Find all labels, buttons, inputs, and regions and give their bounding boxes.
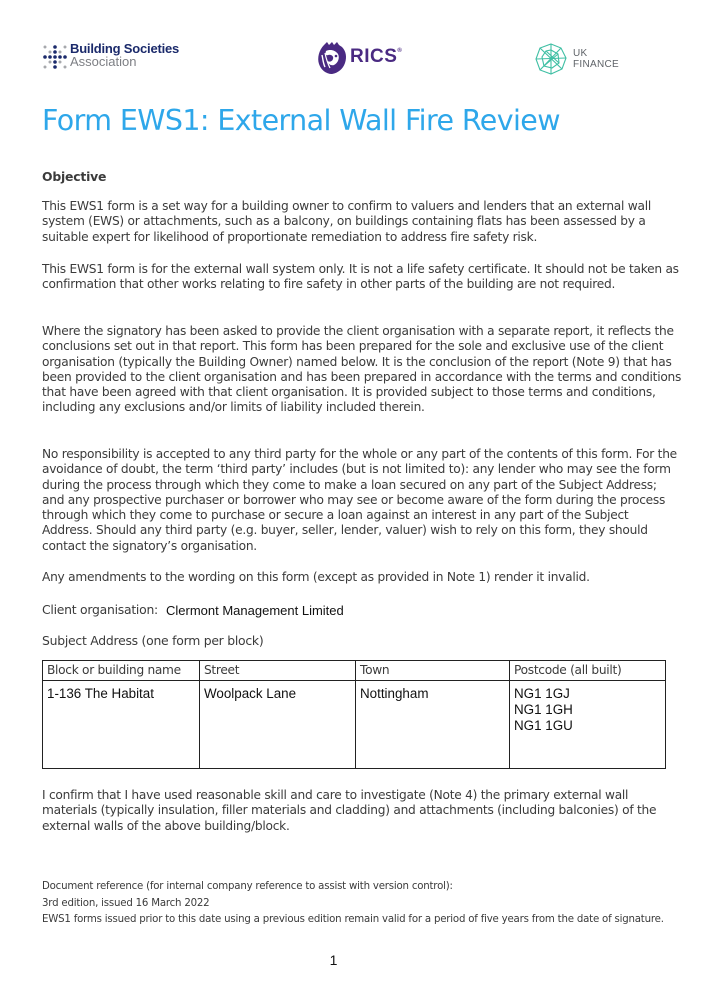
registered-mark: ® [397,48,402,54]
uk-finance-logo: UK FINANCE [534,42,634,76]
objective-heading: Objective [42,169,106,184]
objective-paragraph-5: Any amendments to the wording on this fo… [42,570,682,585]
street-cell[interactable]: Woolpack Lane [200,681,356,769]
rics-wordmark: RICS [350,46,397,67]
document-reference-footer: Document reference (for internal company… [42,879,682,929]
footer-validity-note: EWS1 forms issued prior to this date usi… [42,912,682,929]
footer-edition: 3rd edition, issued 16 March 2022 [42,896,682,913]
page-title: Form EWS1: External Wall Fire Review [42,104,560,137]
postcode-1: NG1 1GJ [514,686,661,702]
page-number: 1 [0,952,667,968]
confirmation-statement: I confirm that I have used reasonable sk… [42,788,682,834]
table-header-row: Block or building name Street Town Postc… [43,661,666,681]
postcode-cell[interactable]: NG1 1GJ NG1 1GH NG1 1GU [510,681,666,769]
block-name-cell[interactable]: 1-136 The Habitat [43,681,200,769]
rics-lion-icon [316,41,348,75]
bsa-name-line2: Association [70,55,179,68]
column-header-postcode: Postcode (all built) [510,661,666,681]
rics-logo: RICS® [316,41,411,75]
footer-reference-label: Document reference (for internal company… [42,879,682,896]
subject-address-heading: Subject Address (one form per block) [42,633,263,648]
town-cell[interactable]: Nottingham [356,681,510,769]
client-organisation-label: Client organisation: [42,602,158,617]
postcode-3: NG1 1GU [514,718,661,734]
client-organisation-field[interactable]: Clermont Management Limited [166,603,344,618]
objective-paragraph-2: This EWS1 form is for the external wall … [42,262,682,293]
postcode-2: NG1 1GH [514,702,661,718]
uk-finance-line1: UK [573,48,619,59]
column-header-town: Town [356,661,510,681]
uk-finance-line2: FINANCE [573,59,619,70]
column-header-street: Street [200,661,356,681]
objective-paragraph-4: No responsibility is accepted to any thi… [42,447,682,554]
column-header-block: Block or building name [43,661,200,681]
objective-paragraph-3: Where the signatory has been asked to pr… [42,324,682,416]
objective-paragraph-1: This EWS1 form is a set way for a buildi… [42,199,682,245]
bsa-dots-icon [42,44,68,70]
subject-address-table: Block or building name Street Town Postc… [42,660,666,769]
uk-finance-geometric-icon [534,42,568,76]
bsa-logo: Building Societies Association [42,42,212,74]
table-row: 1-136 The Habitat Woolpack Lane Nottingh… [43,681,666,769]
